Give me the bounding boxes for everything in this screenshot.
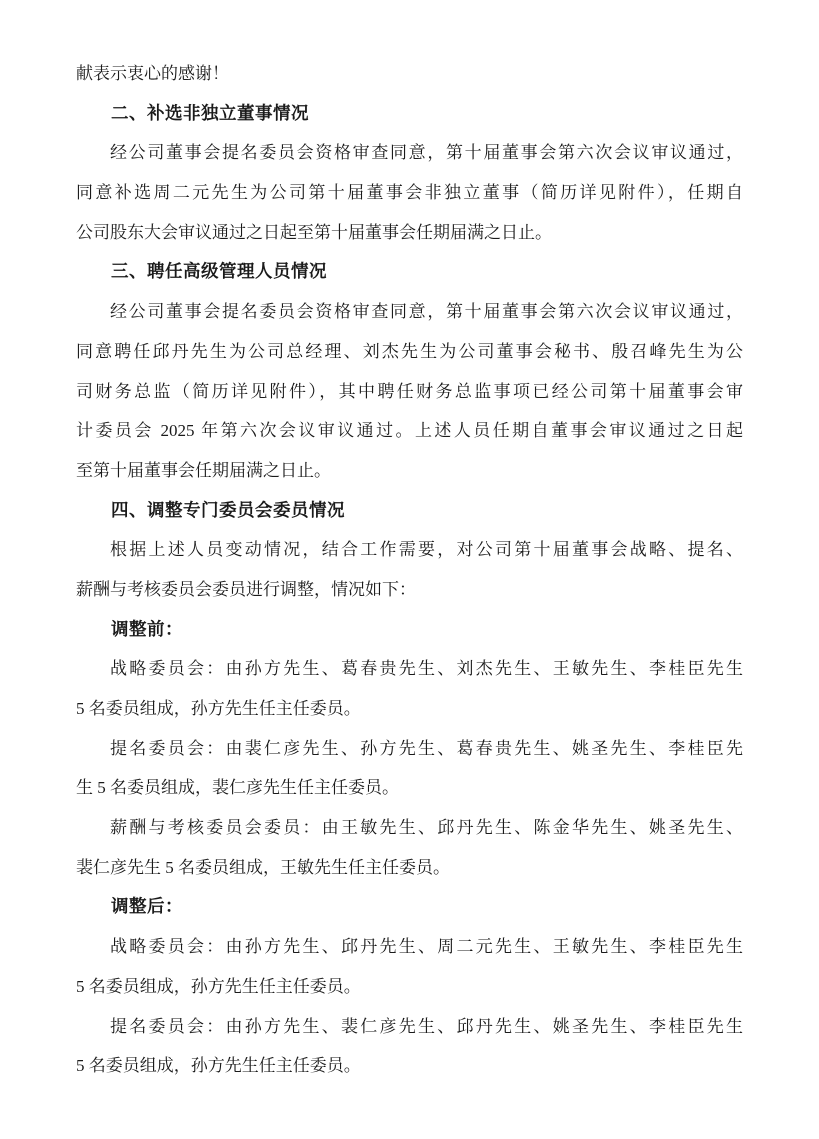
before-adjustment-label: 调整前： [76, 610, 743, 650]
paragraph-line: 薪酬与考核委员会委员进行调整，情况如下： [76, 570, 743, 610]
paragraph-line: 裴仁彦先生 5 名委员组成，王敏先生任主任委员。 [76, 848, 743, 888]
paragraph-line: 战略委员会：由孙方先生、葛春贵先生、刘杰先生、王敏先生、李桂臣先生 [76, 649, 743, 689]
paragraph-line: 5 名委员组成，孙方先生任主任委员。 [76, 967, 743, 1007]
paragraph-line: 计委员会 2025 年第六次会议审议通过。上述人员任期自董事会审议通过之日起 [76, 411, 743, 451]
paragraph-line: 5 名委员组成，孙方先生任主任委员。 [76, 1046, 743, 1086]
section-heading-2: 二、补选非独立董事情况 [76, 94, 743, 134]
paragraph-line: 5 名委员组成，孙方先生任主任委员。 [76, 689, 743, 729]
section-heading-4: 四、调整专门委员会委员情况 [76, 491, 743, 531]
paragraph-line: 至第十届董事会任期届满之日止。 [76, 451, 743, 491]
paragraph-line: 战略委员会：由孙方先生、邱丹先生、周二元先生、王敏先生、李桂臣先生 [76, 927, 743, 967]
after-adjustment-label: 调整后： [76, 887, 743, 927]
paragraph-line: 同意聘任邱丹先生为公司总经理、刘杰先生为公司董事会秘书、殷召峰先生为公 [76, 332, 743, 372]
paragraph-line: 经公司董事会提名委员会资格审查同意，第十届董事会第六次会议审议通过， [76, 133, 743, 173]
paragraph-continuation-line: 献表示衷心的感谢！ [76, 54, 743, 94]
paragraph-line: 同意补选周二元先生为公司第十届董事会非独立董事（简历详见附件），任期自 [76, 173, 743, 213]
paragraph-line: 公司股东大会审议通过之日起至第十届董事会任期届满之日止。 [76, 213, 743, 253]
document-page: 献表示衷心的感谢！ 二、补选非独立董事情况 经公司董事会提名委员会资格审查同意，… [0, 0, 819, 1139]
section-heading-3: 三、聘任高级管理人员情况 [76, 252, 743, 292]
paragraph-line: 提名委员会：由孙方先生、裴仁彦先生、邱丹先生、姚圣先生、李桂臣先生 [76, 1007, 743, 1047]
paragraph-line: 薪酬与考核委员会委员：由王敏先生、邱丹先生、陈金华先生、姚圣先生、 [76, 808, 743, 848]
paragraph-line: 司财务总监（简历详见附件），其中聘任财务总监事项已经公司第十届董事会审 [76, 372, 743, 412]
paragraph-line: 经公司董事会提名委员会资格审查同意，第十届董事会第六次会议审议通过， [76, 292, 743, 332]
paragraph-line: 根据上述人员变动情况，结合工作需要，对公司第十届董事会战略、提名、 [76, 530, 743, 570]
paragraph-line: 提名委员会：由裴仁彦先生、孙方先生、葛春贵先生、姚圣先生、李桂臣先 [76, 729, 743, 769]
paragraph-line: 生 5 名委员组成，裴仁彦先生任主任委员。 [76, 768, 743, 808]
